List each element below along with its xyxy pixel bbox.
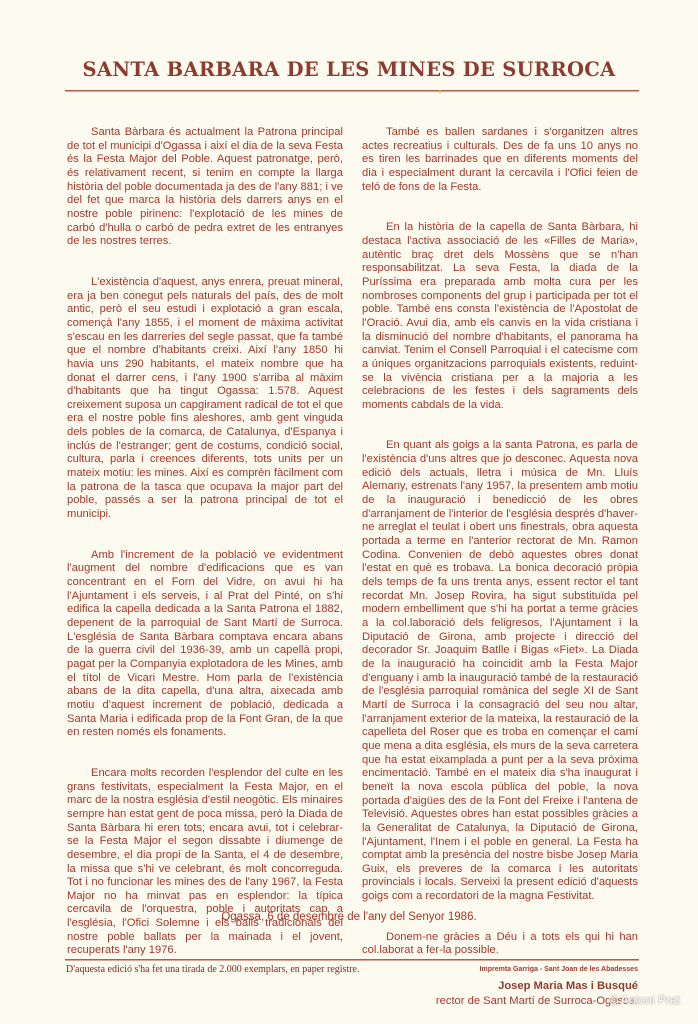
left-column: Santa Bàrbara és actualment la Patrona p… (67, 126, 343, 985)
paragraph: Donem-ne gràcies a Déu i a tots els qui … (362, 931, 638, 958)
paragraph: En quant als goigs a la santa Patrona, e… (362, 439, 638, 903)
printer-credit: Impremta Garriga - Sant Joan de les Abad… (480, 966, 638, 973)
signature-name: Josep Maria Mas i Busqué (362, 980, 638, 994)
paragraph: Amb l'increment de la població ve eviden… (67, 549, 343, 740)
edition-note: D'aquesta edició s'ha fet una tirada de … (66, 964, 360, 975)
page-title: SANTA BARBARA DE LES MINES DE SURROCA (0, 58, 698, 81)
title-divider (65, 90, 639, 92)
paragraph: Santa Bàrbara és actualment la Patrona p… (67, 126, 343, 249)
right-column: També es ballen sardanes i s'organitzen … (362, 126, 638, 1008)
paragraph: També es ballen sardanes i s'organitzen … (362, 126, 638, 194)
paragraph: En la història de la capella de Santa Bà… (362, 221, 638, 412)
copyright-watermark: © Antoni Prat (609, 993, 680, 1007)
signature: Josep Maria Mas i Busqué rector de Sant … (362, 980, 638, 1008)
signature-role: rector de Sant Martí de Surroca-Ogassa. (362, 995, 638, 1009)
footer-divider (65, 959, 639, 961)
paragraph: Encara molts recorden l'esplendor del cu… (67, 767, 343, 958)
decorative-mark (439, 90, 441, 93)
paragraph: L'existència d'aquest, anys enrera, preu… (67, 276, 343, 522)
dateline: Ogassa, 6 de desembre de l'any del Senyo… (0, 911, 698, 923)
